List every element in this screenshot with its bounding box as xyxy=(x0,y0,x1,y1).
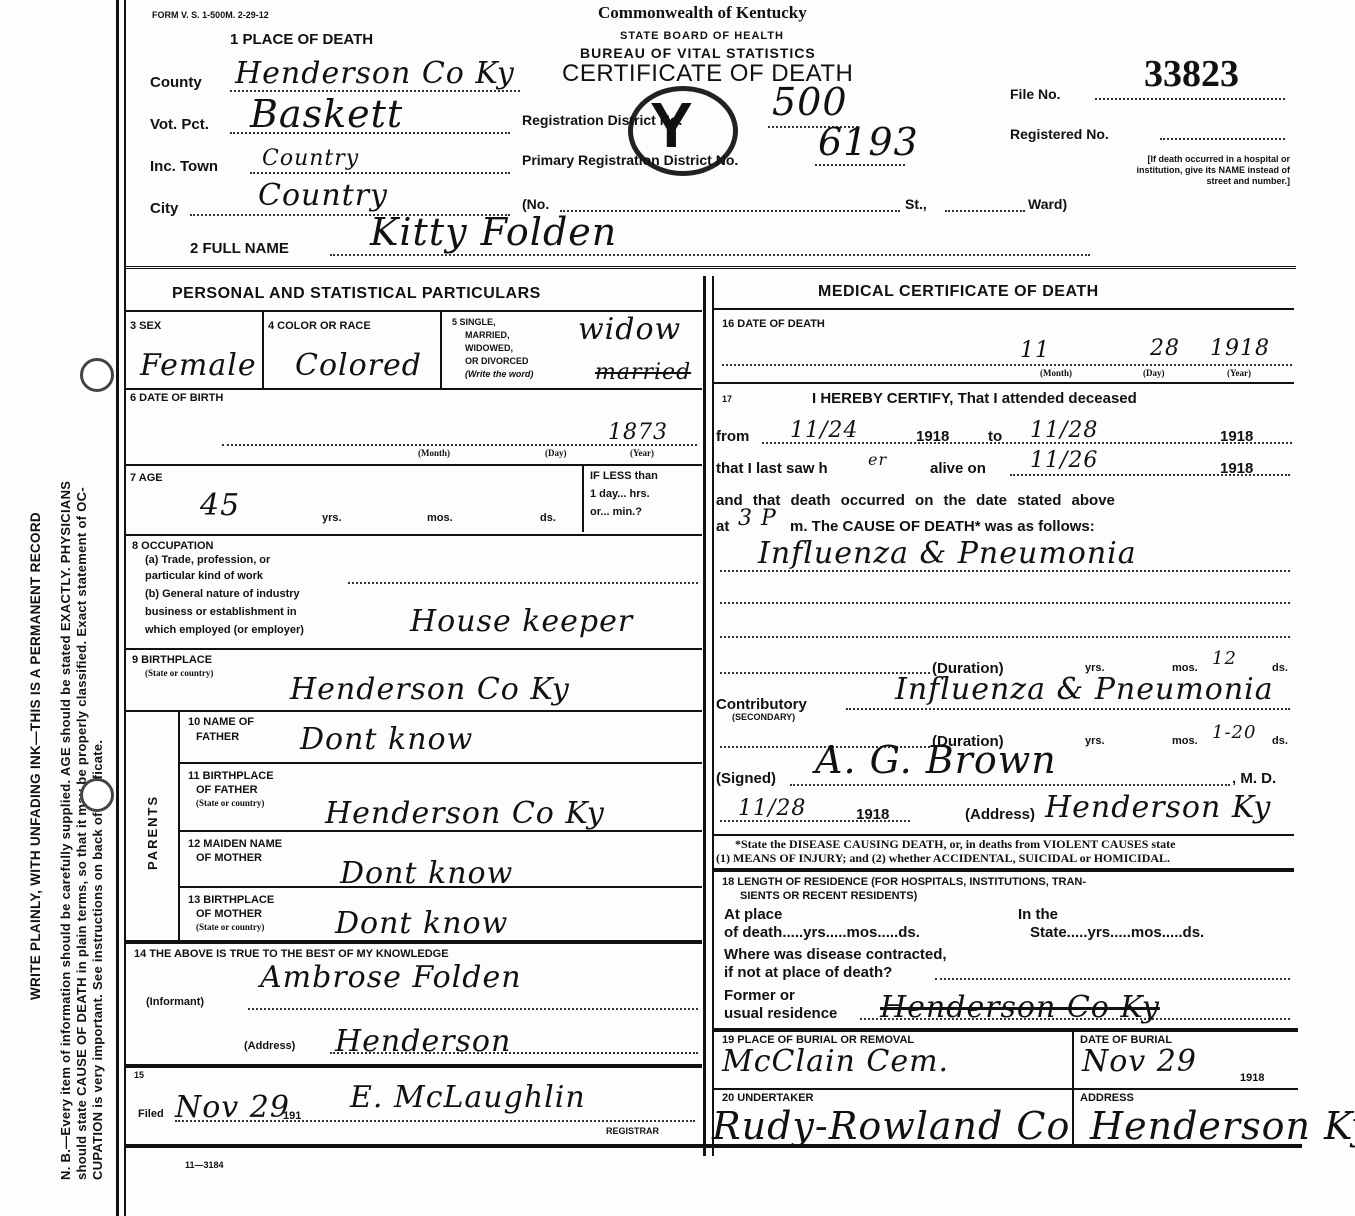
dod-month-value: 11 xyxy=(1020,338,1050,363)
file-no-label: File No. xyxy=(1010,86,1061,102)
father-birthplace-value: Henderson Co Ky xyxy=(325,796,605,831)
age-mos-label: mos. xyxy=(427,512,453,524)
cause-value: Influenza & Pneumonia xyxy=(758,536,1137,571)
dod-day-value: 28 xyxy=(1150,336,1180,361)
form-code: FORM V. S. 1-500M. 2-29-12 xyxy=(152,10,269,20)
rule xyxy=(126,940,702,944)
margin-line-2: should state CAUSE OF DEATH in plain ter… xyxy=(74,487,89,1180)
rule xyxy=(180,886,702,888)
father-birthplace-label-3: (State or country) xyxy=(196,798,264,808)
filed-label: Filed xyxy=(138,1108,164,1120)
dob-year-value: 1873 xyxy=(608,420,668,445)
sex-value: Female xyxy=(140,348,257,383)
birthplace-sub: (State or country) xyxy=(145,668,213,678)
primary-reg-value: 6193 xyxy=(818,120,919,164)
burial-place-value: McClain Cem. xyxy=(722,1044,949,1079)
signed-value: A. G. Brown xyxy=(815,738,1057,782)
rule xyxy=(126,1064,702,1068)
contrib-duration-ds: ds. xyxy=(1272,735,1288,747)
residence-label-2: SIENTS OR RECENT RESIDENTS) xyxy=(740,890,917,902)
city-label: City xyxy=(150,200,178,217)
registered-no-label: Registered No. xyxy=(1010,126,1109,142)
rule xyxy=(714,1088,1298,1090)
county-value: Henderson Co Ky xyxy=(235,56,515,91)
rule xyxy=(1072,1030,1074,1144)
ward-label: Ward) xyxy=(1028,196,1067,212)
occupation-a-line xyxy=(348,582,698,584)
marital-label-2: MARRIED, xyxy=(465,330,510,340)
form-footer-code: 11—3184 xyxy=(185,1160,224,1170)
father-birthplace-label-2: OF FATHER xyxy=(196,784,258,796)
last-saw-pronoun: er xyxy=(868,450,887,469)
county-label: County xyxy=(150,74,202,91)
mother-maiden-label-1: 12 MAIDEN NAME xyxy=(188,838,282,850)
in-the-label: In the xyxy=(1018,906,1058,923)
state-label: State.....yrs.....mos.....ds. xyxy=(1030,924,1204,941)
state-board-title: STATE BOARD OF HEALTH xyxy=(620,30,784,42)
residence-label-1: 18 LENGTH OF RESIDENCE (FOR HOSPITALS, I… xyxy=(722,876,1086,888)
registrar-label: REGISTRAR xyxy=(606,1126,659,1136)
undertaker-address-value: Henderson Ky xyxy=(1090,1104,1355,1148)
dod-day-label: (Day) xyxy=(1143,368,1165,378)
former-residence-value: Henderson Co Ky xyxy=(880,990,1160,1025)
certify-text: I HEREBY CERTIFY, That I attended deceas… xyxy=(812,390,1137,407)
informant-value: Ambrose Folden xyxy=(260,960,522,995)
contrib-duration-yrs: yrs. xyxy=(1085,735,1105,747)
mother-maiden-label-2: OF MOTHER xyxy=(196,852,262,864)
margin-heading: WRITE PLAINLY, WITH UNFADING INK—THIS IS… xyxy=(28,512,43,1000)
former-label-2: usual residence xyxy=(724,1005,837,1022)
from-label: from xyxy=(716,428,749,445)
full-name-value: Kitty Folden xyxy=(370,210,617,254)
rule xyxy=(714,834,1294,836)
rule xyxy=(178,712,180,940)
reg-district-label: Registration District No. xyxy=(522,112,682,128)
rule xyxy=(126,534,702,536)
contrib-duration-mos: mos. xyxy=(1172,735,1198,747)
inc-town-label: Inc. Town xyxy=(150,158,218,175)
medical-section-title: MEDICAL CERTIFICATE OF DEATH xyxy=(818,283,1099,301)
filed-date-value: Nov 29 xyxy=(175,1090,290,1125)
certify-number: 17 xyxy=(722,394,732,404)
primary-reg-label: Primary Registration District No. xyxy=(522,152,738,168)
street-label: St., xyxy=(905,196,927,212)
contracted-line xyxy=(935,978,1290,980)
duration-ds: ds. xyxy=(1272,662,1288,674)
header-divider xyxy=(126,266,1296,272)
informant-line xyxy=(248,1008,698,1010)
registrar-value: E. McLaughlin xyxy=(350,1080,586,1115)
age-years-value: 45 xyxy=(200,488,240,523)
signed-label: (Signed) xyxy=(716,770,776,787)
personal-section-title: PERSONAL AND STATISTICAL PARTICULARS xyxy=(172,285,541,303)
inc-town-value: Country xyxy=(262,146,359,171)
cause-intro: m. The CAUSE OF DEATH* was as follows: xyxy=(790,518,1095,535)
punch-hole-icon xyxy=(80,358,114,392)
mother-birthplace-value: Dont know xyxy=(335,906,508,941)
marital-label-1: 5 SINGLE, xyxy=(452,317,496,327)
parents-side-label: PARENTS xyxy=(145,795,160,870)
of-death-label: of death.....yrs.....mos.....ds. xyxy=(724,924,920,941)
margin-instructions: WRITE PLAINLY, WITH UNFADING INK—THIS IS… xyxy=(0,0,118,1216)
commonwealth-title: Commonwealth of Kentucky xyxy=(598,3,807,23)
duration-value: 12 xyxy=(1212,648,1237,669)
filed-year-prefix: 191 xyxy=(283,1110,301,1122)
rule xyxy=(262,312,264,388)
last-saw-year: 1918 xyxy=(1220,460,1253,477)
rule xyxy=(126,464,702,466)
dob-month-label: (Month) xyxy=(418,448,450,458)
race-label: 4 COLOR OR RACE xyxy=(268,320,371,332)
marital-struck-value: married xyxy=(595,360,691,385)
informant-heading: 14 THE ABOVE IS TRUE TO THE BEST OF MY K… xyxy=(134,948,449,960)
contributory-line xyxy=(846,708,1290,710)
occupation-value: House keeper xyxy=(410,604,633,639)
rule xyxy=(180,762,702,764)
burial-date-value: Nov 29 xyxy=(1082,1044,1197,1079)
frame-border xyxy=(116,0,126,1216)
last-saw-label: that I last saw h xyxy=(716,460,828,477)
mother-birthplace-label-3: (State or country) xyxy=(196,922,264,932)
occupation-label: 8 OCCUPATION xyxy=(132,540,214,552)
rule xyxy=(180,830,702,832)
center-divider xyxy=(703,276,706,1156)
vot-pct-value: Baskett xyxy=(250,92,403,136)
informant-address-label: (Address) xyxy=(244,1040,295,1052)
vot-pct-label: Vot. Pct. xyxy=(150,116,209,133)
father-birthplace-label-1: 11 BIRTHPLACE xyxy=(188,770,274,782)
reg-district-value: 500 xyxy=(772,80,848,124)
contracted-label-1: Where was disease contracted, xyxy=(724,946,947,963)
file-no-line xyxy=(1095,98,1285,100)
footnote-line-2: (1) MEANS OF INJURY; and (2) whether ACC… xyxy=(716,851,1170,866)
informant-address-value: Henderson xyxy=(335,1024,511,1059)
to-value: 11/28 xyxy=(1030,418,1098,443)
race-value: Colored xyxy=(295,348,422,383)
age-label: 7 AGE xyxy=(130,472,163,484)
rule xyxy=(714,868,1294,872)
father-name-label-1: 10 NAME OF xyxy=(188,716,254,728)
full-name-label: 2 FULL NAME xyxy=(190,240,289,257)
burial-date-year: 1918 xyxy=(1240,1072,1264,1084)
rule xyxy=(714,308,1294,310)
former-label-1: Former or xyxy=(724,987,795,1004)
margin-line-1: N. B.—Every item of information should b… xyxy=(58,481,73,1180)
contributory-sub: (SECONDARY) xyxy=(732,712,795,722)
primary-reg-line xyxy=(815,164,905,166)
rule xyxy=(714,382,1294,384)
physician-address-label: (Address) xyxy=(965,806,1035,823)
dod-month-label: (Month) xyxy=(1040,368,1072,378)
signed-line xyxy=(790,784,1230,786)
place-of-death-label: 1 PLACE OF DEATH xyxy=(230,31,373,48)
marital-label-5: (Write the word) xyxy=(465,369,533,379)
rule xyxy=(714,1028,1298,1032)
bureau-title: BUREAU OF VITAL STATISTICS xyxy=(580,45,816,61)
father-name-value: Dont know xyxy=(300,722,473,757)
contracted-label-2: if not at place of death? xyxy=(724,964,892,981)
cause-line-2 xyxy=(720,602,1290,604)
signed-date-value: 11/28 xyxy=(738,796,806,821)
sex-label: 3 SEX xyxy=(130,320,161,332)
rule xyxy=(440,312,442,388)
signed-year: 1918 xyxy=(856,806,889,823)
date-of-death-line xyxy=(722,364,1292,366)
hospital-note: [If death occurred in a hospital or inst… xyxy=(1118,154,1290,187)
birthplace-label: 9 BIRTHPLACE xyxy=(132,654,212,666)
contributory-value: Influenza & Pneumonia xyxy=(895,672,1274,707)
undertaker-value: Rudy-Rowland Co xyxy=(712,1104,1070,1148)
ward-line xyxy=(945,210,1025,212)
inc-town-line xyxy=(250,172,510,174)
physician-address-value: Henderson Ky xyxy=(1045,790,1271,825)
dob-year-label: (Year) xyxy=(630,448,654,458)
last-saw-value: 11/26 xyxy=(1030,448,1098,473)
mother-birthplace-label-2: OF MOTHER xyxy=(196,908,262,920)
undertaker-address-label: ADDRESS xyxy=(1080,1092,1134,1104)
death-certificate: WRITE PLAINLY, WITH UNFADING INK—THIS IS… xyxy=(0,0,1355,1216)
filed-number: 15 xyxy=(134,1070,144,1080)
mother-birthplace-label-1: 13 BIRTHPLACE xyxy=(188,894,274,906)
informant-label: (Informant) xyxy=(146,996,204,1008)
dob-label: 6 DATE OF BIRTH xyxy=(130,392,223,404)
occupation-b-2: business or establishment in xyxy=(145,606,297,618)
marital-label-4: OR DIVORCED xyxy=(465,356,529,366)
undertaker-label: 20 UNDERTAKER xyxy=(722,1092,813,1104)
birthplace-value: Henderson Co Ky xyxy=(290,672,570,707)
less-than-day-1: IF LESS than xyxy=(590,470,658,482)
occupation-b-3: which employed (or employer) xyxy=(145,624,304,636)
city-value: Country xyxy=(258,178,388,213)
footnote-line-1: *State the DISEASE CAUSING DEATH, or, in… xyxy=(735,837,1175,852)
registered-no-line xyxy=(1160,138,1285,140)
punch-hole-icon xyxy=(80,778,114,812)
occupation-a-2: particular kind of work xyxy=(145,570,263,582)
md-label: , M. D. xyxy=(1232,770,1276,787)
age-ds-label: ds. xyxy=(540,512,556,524)
less-than-day-2: 1 day... hrs. xyxy=(590,488,650,500)
rule xyxy=(126,648,702,650)
cause-line-3 xyxy=(720,636,1290,638)
occupation-b-1: (b) General nature of industry xyxy=(145,588,300,600)
rule xyxy=(126,388,702,390)
contributory-label: Contributory xyxy=(716,696,807,713)
occupation-a-1: (a) Trade, profession, or xyxy=(145,554,270,566)
father-name-label-2: FATHER xyxy=(196,731,239,743)
age-yrs-label: yrs. xyxy=(322,512,342,524)
alive-on-label: alive on xyxy=(930,460,986,477)
from-value: 11/24 xyxy=(790,418,858,443)
less-than-day-3: or... min.? xyxy=(590,506,642,518)
to-year: 1918 xyxy=(1220,428,1253,445)
rule xyxy=(126,710,702,712)
file-number-value: 33823 xyxy=(1144,52,1239,96)
marital-value: widow xyxy=(578,312,681,347)
from-year: 1918 xyxy=(916,428,949,445)
at-place-label: At place xyxy=(724,906,782,923)
date-of-death-label: 16 DATE OF DEATH xyxy=(722,318,825,330)
contrib-duration-value: 1-20 xyxy=(1212,722,1256,743)
dod-year-label: (Year) xyxy=(1227,368,1251,378)
marital-label-3: WIDOWED, xyxy=(465,343,513,353)
rule xyxy=(582,466,584,532)
dob-day-label: (Day) xyxy=(545,448,567,458)
to-label: to xyxy=(988,428,1002,445)
full-name-line xyxy=(330,254,1090,256)
dod-year-value: 1918 xyxy=(1210,336,1270,361)
center-divider-inner xyxy=(712,276,714,1156)
at-label: at xyxy=(716,518,729,535)
time-value: 3 P xyxy=(738,506,777,531)
